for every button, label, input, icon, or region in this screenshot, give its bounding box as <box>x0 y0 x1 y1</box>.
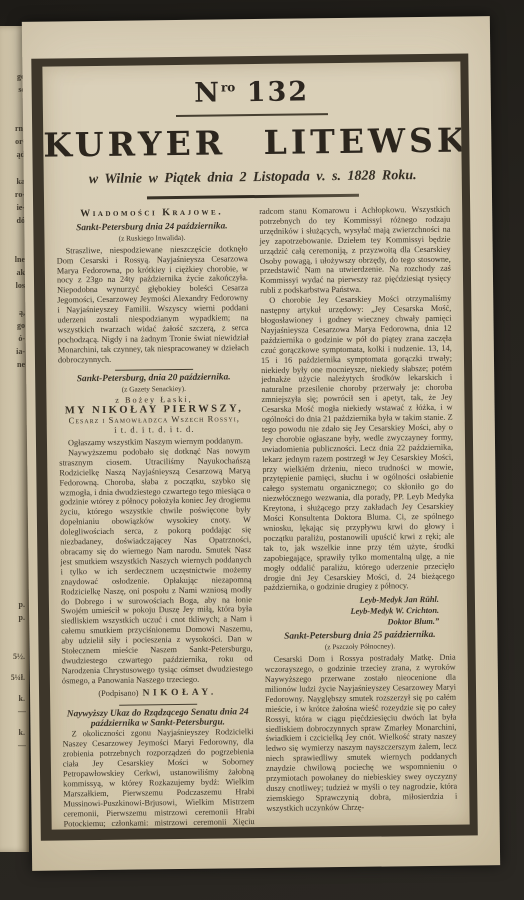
physician-signature: Doktor Blum.” <box>264 616 439 629</box>
margin-fragment: ka <box>1 175 25 188</box>
margin-fragment-rule: — <box>1 705 25 718</box>
adjacent-page-text-fragments-top: go se rn, or- ąd ka ro- ie- dó lne ak lo… <box>1 70 25 371</box>
margin-fragment: rn, <box>1 122 25 135</box>
article-source: (z Pszczoły Północney). <box>264 641 455 653</box>
right-column: radcom stanu Komarowu i Achłopkowu. Wszy… <box>253 205 464 837</box>
signature-label: (Podpisano) <box>98 688 138 697</box>
margin-fragment: lne <box>1 253 25 266</box>
newspaper-page: Nro 132 KURYER LITEWSKI w Wilnie w Piąte… <box>22 16 500 871</box>
ornamental-frame: Nro 132 KURYER LITEWSKI w Wilnie w Piąte… <box>31 53 478 840</box>
margin-fragment: ąd <box>1 148 25 161</box>
margin-fragment: ia- <box>1 345 25 358</box>
margin-fragment: ie- <box>1 201 25 214</box>
margin-fragment: k. <box>1 726 25 739</box>
signature-line: (Podpisano) NIKOŁAY. <box>62 687 253 700</box>
section-divider <box>119 703 197 705</box>
issue-number-value: 132 <box>247 76 310 108</box>
margin-fragment: ó- <box>1 332 25 345</box>
margin-fragment: go <box>1 319 25 332</box>
newspaper-title: KURYER LITEWSKI <box>43 121 461 165</box>
margin-fragment: se <box>1 83 25 96</box>
issue-number-prefix: N <box>194 77 221 108</box>
dateline-rule <box>147 194 359 200</box>
margin-fragment: go <box>1 70 25 83</box>
ukaz-heading: Naywyższy Ukaz do Rządzącego Senatu dnia… <box>62 708 253 730</box>
issue-number-superscript: ro <box>221 80 235 94</box>
margin-fragment: dó <box>1 214 25 227</box>
margin-fragment: ak <box>1 266 25 279</box>
article-body: Straszliwe, niespodziewane nieszczęście … <box>57 244 249 365</box>
left-column: Wiadomości Krajowe. Sankt-Petersburg dni… <box>50 207 261 839</box>
adjacent-page-text-fragments-bottom: p. p. 5½. 5¼ł. k. — k. — <box>1 598 25 752</box>
margin-fragment: 5¼ł. <box>1 671 25 684</box>
article-columns: Wiadomości Krajowe. Sankt-Petersburg dni… <box>44 205 470 839</box>
margin-fragment: los <box>1 279 25 292</box>
margin-fragment: ne <box>1 358 25 371</box>
dateline: w Wilnie w Piątek dnia 2 Listopada v. s.… <box>44 168 462 189</box>
margin-fragment: p. <box>1 611 25 624</box>
margin-fragment: ą, <box>1 306 25 319</box>
article-continuation: radcom stanu Komarowu i Achłopkowu. Wszy… <box>259 205 451 296</box>
issue-number: Nro 132 <box>43 75 461 111</box>
margin-fragment: ro- <box>1 188 25 201</box>
ukaz-body: Z okoliczności zgonu Nayjaśnieyszey Rodz… <box>62 728 254 839</box>
margin-fragment: k. <box>1 692 25 705</box>
margin-fragment-rule: — <box>1 739 25 752</box>
margin-fragment: or- <box>1 135 25 148</box>
illness-report: O chorobie Jey Cesarskiey Mości otrzymal… <box>260 294 455 593</box>
section-header: Wiadomości Krajowe. <box>56 207 247 219</box>
section-divider <box>115 368 193 370</box>
article-body: Cesarski Dom i Rossya postradały Matkę. … <box>265 653 458 814</box>
physician-signatures: Leyb-Medyk Jan Rühl. Leyb-Medyk W. Crich… <box>264 594 455 629</box>
margin-fragment: p. <box>1 598 25 611</box>
margin-fragment: 5½. <box>1 650 25 663</box>
masthead-rule <box>176 113 328 117</box>
proclamation-body: Naywyższemu podobało się dotknąć Nas now… <box>59 446 253 686</box>
signature-name: NIKOŁAY. <box>143 687 217 698</box>
